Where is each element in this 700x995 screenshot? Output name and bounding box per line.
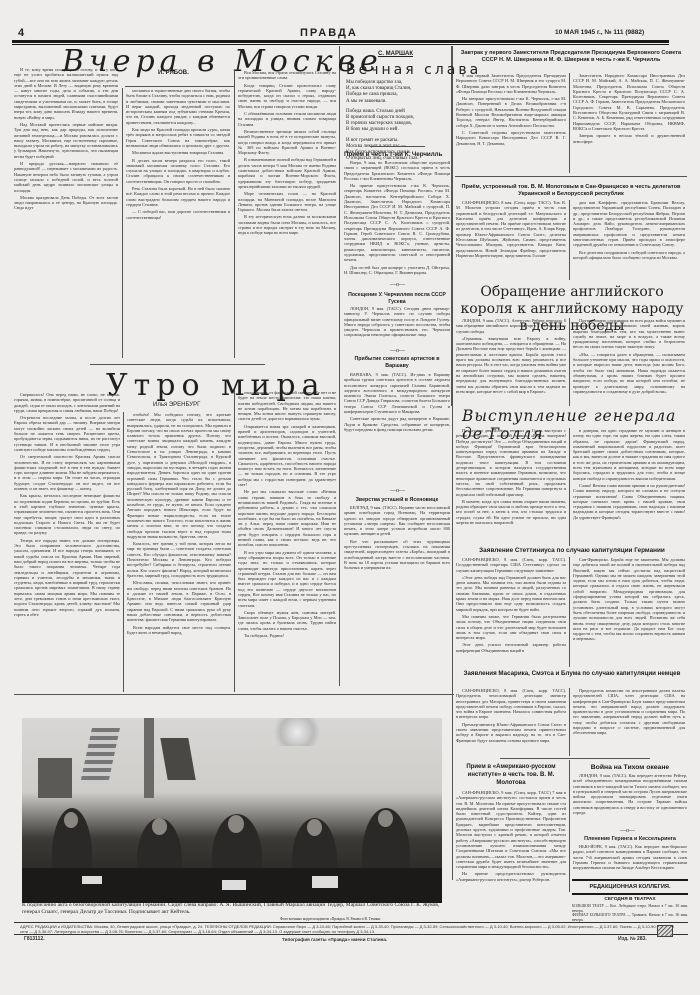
footer-order-number: Изд. № 283. xyxy=(618,937,647,942)
person-head xyxy=(378,810,393,827)
article-stettinius-col1: САН-ФРАНЦИСКО, 8 мая. (Спец. корр. ТАСС)… xyxy=(456,557,566,667)
column-divider xyxy=(569,73,570,173)
divider xyxy=(125,86,235,87)
column-divider xyxy=(569,428,570,546)
article-ustashi: БЕЛГРАД, 9 мая. (ТАСС). Недавно части юг… xyxy=(344,505,450,691)
headline-breakfast: Завтрак у первого Заместителя Председате… xyxy=(456,50,686,64)
headline-gusev: Посещение У. Черчиллем посла СССР Гусева xyxy=(344,292,450,305)
article-american-russian: САН-ФРАНЦИСКО, 9 мая. (Спец. корр. ТАСС)… xyxy=(456,790,566,890)
headline-pacific: Война на Тихом океане xyxy=(573,764,687,771)
column-divider xyxy=(339,46,340,686)
column-divider xyxy=(452,690,453,880)
article-breakfast-col2: Заместитель Народного Комиссара Иностран… xyxy=(573,73,685,173)
footer-address: АДРЕС РЕДАКЦИИ и ИЗДАТЕЛЬСТВА: Москва, 4… xyxy=(20,924,680,934)
headline-masaryk: Заявления Масарика, Смэтса и Блума по сл… xyxy=(456,670,688,678)
article-molotov-col1: САН-ФРАНЦИСКО, 8 мая. (Спец. корр. ТАСС)… xyxy=(456,200,566,280)
article-utro-col3: очистившись от фашистской скверны. Ее не… xyxy=(238,390,336,692)
paper xyxy=(82,876,102,884)
separator-icon: —o— xyxy=(390,282,405,288)
uk-flag-icon xyxy=(160,738,195,780)
column-divider xyxy=(569,688,570,756)
person-head xyxy=(152,818,167,835)
divider xyxy=(370,146,425,147)
poem-author: С. МАРШАК xyxy=(378,51,413,57)
paper xyxy=(312,876,338,888)
divider xyxy=(455,176,687,177)
article-king-col2: Почтив память служивших во всех родах во… xyxy=(573,318,685,406)
signing-photo xyxy=(22,718,442,903)
article-author-utro: Илья ЭРЕНБУРГ xyxy=(153,402,200,408)
article-author-moscow: И. РЯБОВ. xyxy=(158,70,189,76)
column-divider xyxy=(452,406,453,691)
paper xyxy=(222,880,246,890)
article-de-gaulle-col1: По случаю дня Победы генерал де Голль вы… xyxy=(456,428,566,546)
article-artists: ВАРШАВА, 9 мая. (ТАСС). Из-днях в Варшав… xyxy=(344,372,450,440)
article-molotov-col2: дии ван Клеффенс, представитель Бразилии… xyxy=(573,200,685,280)
us-flag-icon xyxy=(80,728,120,784)
article-moscow-col1: И те, кому время посеребрило голову, и т… xyxy=(14,67,118,357)
article-utro-col2: отобьём! Мы победили потому, что кроткие… xyxy=(127,412,231,692)
newspaper-page: 4 ПРАВДА 10 МАЯ 1945 г., № 111 (9882) Вч… xyxy=(0,0,700,995)
column-divider xyxy=(569,557,570,667)
column-divider xyxy=(234,70,235,358)
article-king-col1: ЛОНДОН, 9 мая. (ТАСС). Агентство Рейтер … xyxy=(456,318,566,406)
column-divider xyxy=(452,46,453,406)
chandelier-icon xyxy=(267,718,327,746)
divider xyxy=(90,364,265,365)
divider xyxy=(14,694,454,695)
column-divider xyxy=(569,318,570,406)
headline-goering: Пленение Геринга и Кессельринга xyxy=(573,836,687,842)
article-breakfast-col1: 9 мая первый Заместитель Председателя Пр… xyxy=(456,73,566,173)
person-head xyxy=(307,819,322,836)
article-stettinius-col2: Сан-Франциско. Борьба еще не закончена. … xyxy=(573,557,685,667)
union-label-icon xyxy=(657,925,673,937)
footer-printer: Типография газеты «Правда» имени Сталина… xyxy=(282,937,387,942)
article-pacific: ЛОНДОН, 9 мая. (ТАСС). Как передает аген… xyxy=(573,773,687,831)
article-goering: НЬЮ-ЙОРК, 9 мая. (ТАСС). Как передает нь… xyxy=(573,844,687,880)
column-divider xyxy=(123,412,124,692)
headline-ustashi: Зверства усташей в Ясеновице xyxy=(344,497,450,503)
wall-panel xyxy=(38,758,72,798)
article-masaryk-col1: САН-ФРАНЦИСКО, 8 мая. (Спец. корр. ТАСС)… xyxy=(456,688,566,756)
photo-credit: Фото военных корреспондентов «Правды» В.… xyxy=(280,917,381,921)
person-head xyxy=(228,815,244,833)
article-utro-col1: Свершилось! Она перед нами, не слово, не… xyxy=(14,392,120,692)
article-churchill-reception: Вчера, 9 мая, во Всесоюзном обществе кул… xyxy=(344,160,450,280)
separator-icon: —o— xyxy=(620,828,635,834)
editorial-board: РЕДАКЦИОННАЯ КОЛЛЕГИЯ. xyxy=(572,884,688,890)
paper-name: ПРАВДА xyxy=(300,27,358,39)
masthead-rule xyxy=(12,40,669,43)
article-gusev: ЛОНДОН, 9 мая. (ТАСС). Сегодня днем прем… xyxy=(344,306,450,346)
headline-american-russian: Прием в «Американо-русском институте» в … xyxy=(456,763,566,787)
footer-rule xyxy=(14,922,688,923)
soviet-flag-icon xyxy=(144,718,154,798)
rule xyxy=(572,893,688,895)
page-number: 4 xyxy=(18,27,24,39)
article-moscow-col3: Вся Москва, вся страна откликнулась Стал… xyxy=(238,70,336,358)
headline-molotov-reception: Приём, устроенный тов. В. М. Молотовым в… xyxy=(456,184,686,198)
issue-date: 10 МАЯ 1945 г., № 111 (9882) xyxy=(555,29,644,36)
column-divider xyxy=(569,200,570,280)
separator-icon: —o— xyxy=(390,348,405,354)
person-head xyxy=(64,812,78,828)
article-de-gaulle-col2: в доверии, ни одно страдание ее мужчин и… xyxy=(573,428,685,546)
article-moscow-col2: москвичи в торжественные дни своего быти… xyxy=(126,88,230,358)
theatres-listings: БОЛЬШОЙ ТЕАТР — Кол. Лебединое озеро. На… xyxy=(572,904,688,922)
rule xyxy=(572,879,688,881)
divider xyxy=(500,758,650,759)
separator-icon: —o— xyxy=(390,488,405,494)
photo-caption: К подписанию акта о безоговорочной капит… xyxy=(22,902,442,916)
headline-stettinius: Заявление Стеттиниуса по случаю капитуля… xyxy=(456,547,688,554)
footer-code: Г813112. xyxy=(24,937,45,942)
headline-artists: Прибытие советских артистов в Варшаву xyxy=(350,356,444,370)
headline-churchill-reception: Прием в честь г-жи К. Черчилль xyxy=(344,151,450,158)
column-divider xyxy=(234,390,235,692)
column-divider xyxy=(569,760,570,892)
footer-rule xyxy=(14,934,688,935)
article-masaryk-col2: Председатель комиссии по иностранным дел… xyxy=(573,688,685,756)
theatres-title: СЕГОДНЯ В ТЕАТРАХ xyxy=(572,897,688,902)
column-divider xyxy=(122,88,123,358)
